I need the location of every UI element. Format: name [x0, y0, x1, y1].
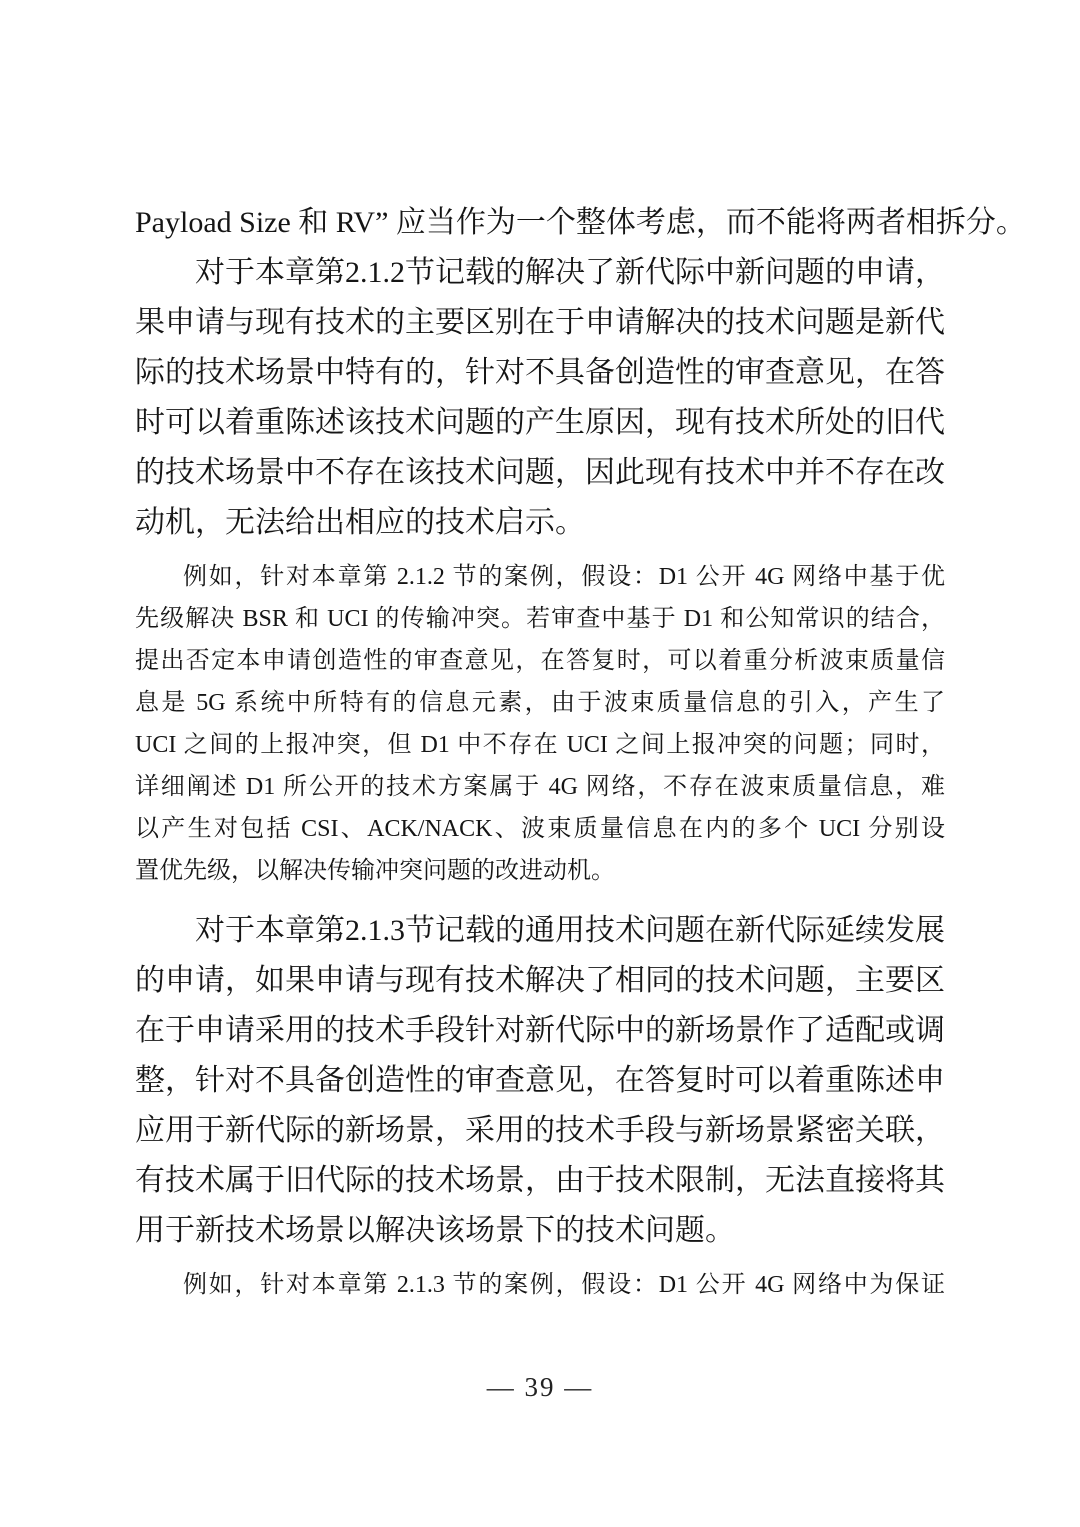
- text-line: 应用于新代际的新场景，采用的技术手段与新场景紧密关联，现: [135, 1106, 945, 1156]
- text-line: 果申请与现有技术的主要区别在于申请解决的技术问题是新代: [135, 298, 945, 348]
- text-line: 用于新技术场景以解决该场景下的技术问题。: [135, 1206, 945, 1256]
- text-line: 时可以着重陈述该技术问题的产生原因，现有技术所处的旧代际: [135, 398, 945, 448]
- text-line: UCI 之间的上报冲突，但 D1 中不存在 UCI 之间上报冲突的问题；同时，: [135, 724, 945, 766]
- paragraph: 例如，针对本章第 2.1.2 节的案例，假设：D1 公开 4G 网络中基于优先级…: [135, 556, 945, 892]
- text-line: 对于本章第2.1.2节记载的解决了新代际中新问题的申请，如: [135, 248, 945, 298]
- text-line: 动机，无法给出相应的技术启示。: [135, 498, 945, 548]
- text-line: 以产生对包括 CSI、ACK/NACK、波束质量信息在内的多个 UCI 分别设: [135, 808, 945, 850]
- text-line: 详细阐述 D1 所公开的技术方案属于 4G 网络，不存在波束质量信息，难: [135, 766, 945, 808]
- text-line: 整，针对不具备创造性的审查意见，在答复时可以着重陈述申请: [135, 1056, 945, 1106]
- text-line: 息是 5G 系统中所特有的信息元素，由于波束质量信息的引入，产生了: [135, 682, 945, 724]
- text-line: 置优先级，以解决传输冲突问题的改进动机。: [135, 850, 945, 892]
- text-line: 对于本章第2.1.3节记载的通用技术问题在新代际延续发展: [135, 906, 945, 956]
- page-footer: — 39 —: [0, 1372, 1080, 1403]
- text-line: 有技术属于旧代际的技术场景，由于技术限制，无法直接将其应: [135, 1156, 945, 1206]
- text-line: 提出否定本申请创造性的审查意见，在答复时，可以着重分析波束质量信: [135, 640, 945, 682]
- document-body: Payload Size 和 RV” 应当作为一个整体考虑，而不能将两者相拆分。…: [135, 198, 945, 1306]
- paragraph: 例如，针对本章第 2.1.3 节的案例，假设：D1 公开 4G 网络中为保证: [135, 1264, 945, 1306]
- document-page: Payload Size 和 RV” 应当作为一个整体考虑，而不能将两者相拆分。…: [0, 0, 1080, 1527]
- paragraph: 对于本章第2.1.3节记载的通用技术问题在新代际延续发展的申请，如果申请与现有技…: [135, 906, 945, 1256]
- text-line: 的技术场景中不存在该技术问题，因此现有技术中并不存在改进: [135, 448, 945, 498]
- text-line: 的申请，如果申请与现有技术解决了相同的技术问题，主要区别: [135, 956, 945, 1006]
- paragraph: Payload Size 和 RV” 应当作为一个整体考虑，而不能将两者相拆分。: [135, 198, 945, 248]
- text-line: 际的技术场景中特有的，针对不具备创造性的审查意见，在答复: [135, 348, 945, 398]
- page-number: — 39 —: [487, 1372, 594, 1402]
- text-line: 先级解决 BSR 和 UCI 的传输冲突。若审查中基于 D1 和公知常识的结合，: [135, 598, 945, 640]
- paragraph: 对于本章第2.1.2节记载的解决了新代际中新问题的申请，如果申请与现有技术的主要…: [135, 248, 945, 548]
- text-line: 例如，针对本章第 2.1.3 节的案例，假设：D1 公开 4G 网络中为保证: [135, 1264, 945, 1306]
- text-line: 在于申请采用的技术手段针对新代际中的新场景作了适配或调: [135, 1006, 945, 1056]
- text-line: 例如，针对本章第 2.1.2 节的案例，假设：D1 公开 4G 网络中基于优: [135, 556, 945, 598]
- text-line: Payload Size 和 RV” 应当作为一个整体考虑，而不能将两者相拆分。: [135, 198, 945, 248]
